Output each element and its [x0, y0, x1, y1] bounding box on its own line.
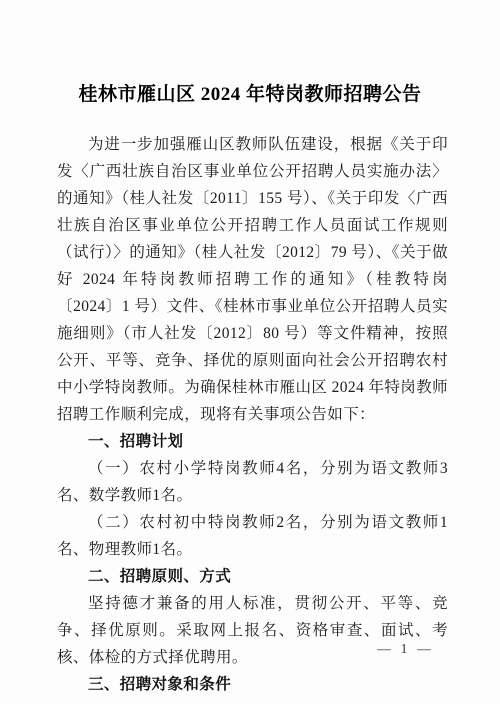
paragraph-principles-method: 坚持德才兼备的用人标准，贯彻公开、平等、竞争、择优原则。采取网上报名、资格审查、… [57, 590, 448, 671]
heading-recruitment-principles: 二、招聘原则、方式 [57, 563, 448, 590]
paragraph-intro: 为进一步加强雁山区教师队伍建设，根据《关于印发〈广西壮族自治区事业单位公开招聘人… [57, 131, 448, 428]
document-page: 桂林市雁山区 2024 年特岗教师招聘公告 为进一步加强雁山区教师队伍建设，根据… [0, 0, 500, 704]
heading-recruitment-plan: 一、招聘计划 [57, 428, 448, 455]
document-title: 桂林市雁山区 2024 年特岗教师招聘公告 [36, 82, 464, 108]
document-body: 为进一步加强雁山区教师队伍建设，根据《关于印发〈广西壮族自治区事业单位公开招聘人… [57, 131, 448, 698]
paragraph-primary-school-posts: （一）农村小学特岗教师4名，分别为语文教师3名、数学教师1名。 [57, 455, 448, 509]
page-number: — 1 — [377, 642, 434, 658]
paragraph-middle-school-posts: （二）农村初中特岗教师2名，分别为语文教师1名、物理教师1名。 [57, 509, 448, 563]
heading-recruitment-targets-conditions: 三、招聘对象和条件 [57, 671, 448, 698]
